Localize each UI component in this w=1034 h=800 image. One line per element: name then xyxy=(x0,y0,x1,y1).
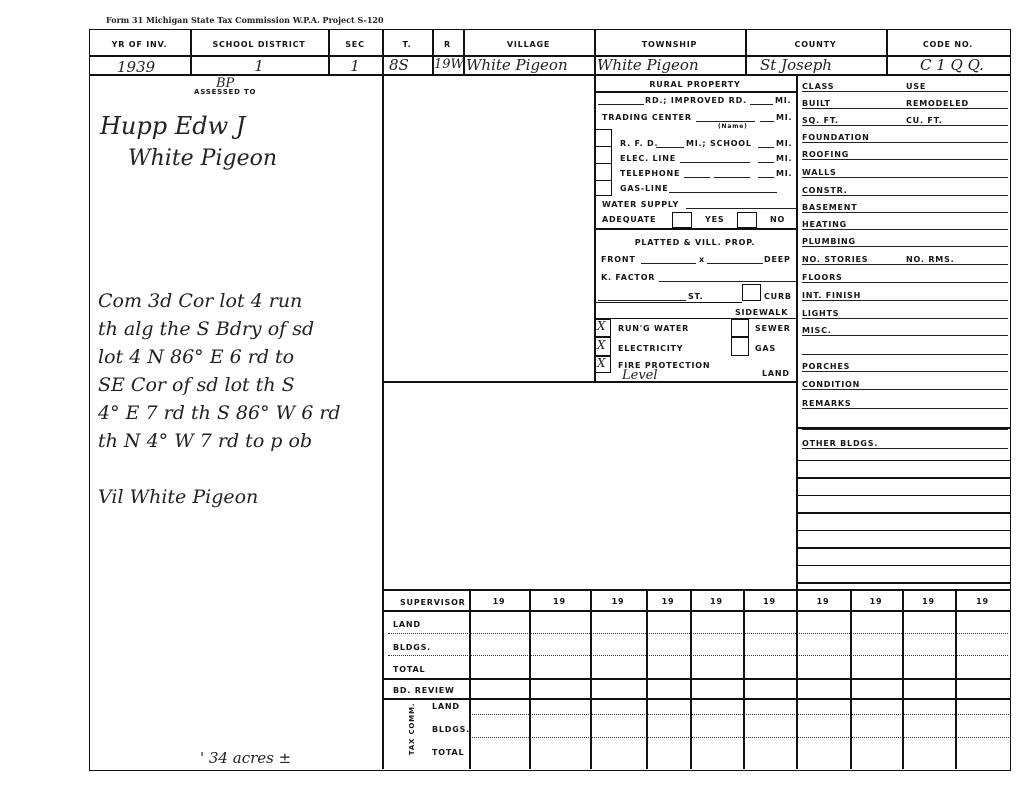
electricity-mark: X xyxy=(597,338,606,352)
year-header: 19 xyxy=(850,597,902,606)
year-value-cell[interactable] xyxy=(955,611,1010,769)
mi-label: MI. xyxy=(776,169,792,178)
building-field-line[interactable] xyxy=(802,125,1008,126)
ruled-line xyxy=(796,530,1010,532)
legal-line: th N 4° W 7 rd to p ob xyxy=(98,430,341,458)
building-field-line[interactable] xyxy=(802,335,1008,336)
legal-line: SE Cor of sd lot th S xyxy=(98,374,341,402)
value-yr-of-inv[interactable]: 1939 xyxy=(117,58,155,76)
adequate-label: ADEQUATE xyxy=(602,215,656,224)
rung-water-mark: X xyxy=(597,319,606,333)
building-field-label: HEATING xyxy=(802,220,849,229)
gas-line-label: GAS-LINE xyxy=(620,184,668,193)
year-value-cell[interactable] xyxy=(743,611,796,769)
year-header: 19 xyxy=(955,597,1010,606)
legal-line: lot 4 N 86° E 6 rd to xyxy=(98,346,341,374)
col-r: R xyxy=(432,40,463,49)
building-field-label: MISC. xyxy=(802,326,834,335)
gas-checkbox[interactable] xyxy=(731,337,749,356)
trading-center-label: TRADING CENTER xyxy=(602,113,692,122)
tc-total-label: TOTAL xyxy=(432,748,464,757)
rd-label: RD.; IMPROVED RD. xyxy=(645,96,747,105)
building-field-line[interactable] xyxy=(802,91,1008,92)
value-village[interactable]: White Pigeon xyxy=(466,56,568,74)
electricity-label: ELECTRICITY xyxy=(618,344,683,353)
building-field-label: REMARKS xyxy=(802,399,854,408)
rural-property-title: RURAL PROPERTY xyxy=(594,80,796,89)
col-yr-of-inv: YR OF INV. xyxy=(89,40,190,49)
building-field-label: PORCHES xyxy=(802,362,852,371)
ruled-line xyxy=(796,582,1010,584)
year-header: 19 xyxy=(796,597,850,606)
year-header: 19 xyxy=(469,597,529,606)
building-field-line[interactable] xyxy=(802,246,1008,247)
ruled-line xyxy=(796,495,1010,497)
legal-line: th alg the S Bdry of sd xyxy=(98,318,341,346)
tc-land-label: LAND xyxy=(432,702,460,711)
acreage-note[interactable]: ' 34 acres ± xyxy=(200,749,291,767)
building-field-line[interactable] xyxy=(802,282,1008,283)
year-value-cell[interactable] xyxy=(690,611,743,769)
year-header: 19 xyxy=(743,597,796,606)
building-field-label: NO. RMS. xyxy=(906,255,956,264)
year-value-cell[interactable] xyxy=(646,611,690,769)
school-label: MI.; SCHOOL xyxy=(686,139,752,148)
building-field-label: PLUMBING xyxy=(802,237,858,246)
building-field-line[interactable] xyxy=(802,142,1008,143)
col-t: T. xyxy=(382,40,432,49)
mi-label: MI. xyxy=(776,154,792,163)
left-panel-divider xyxy=(382,74,384,769)
col-township: TOWNSHIP xyxy=(594,40,745,49)
col-code-no: CODE NO. xyxy=(886,40,1010,49)
curb-checkbox[interactable] xyxy=(742,284,761,301)
year-header: 19 xyxy=(529,597,590,606)
curb-label: CURB xyxy=(764,292,792,301)
building-field-label: LIGHTS xyxy=(802,309,841,318)
building-field-line[interactable] xyxy=(802,354,1008,355)
rural-bottom xyxy=(594,228,796,230)
tc-bldgs-label: BLDGS. xyxy=(432,725,470,734)
value-r[interactable]: 19W xyxy=(434,57,464,72)
platted-title: PLATTED & VILL. PROP. xyxy=(594,238,796,247)
value-code-no[interactable]: C 1 Q Q. xyxy=(920,56,984,74)
building-field-line[interactable] xyxy=(802,177,1008,178)
ruled-line xyxy=(796,512,1010,514)
value-township[interactable]: White Pigeon xyxy=(597,56,699,74)
year-header: 19 xyxy=(590,597,646,606)
col-village: VILLAGE xyxy=(463,40,594,49)
col-school-district: SCHOOL DISTRICT xyxy=(190,40,328,49)
ruled-line xyxy=(796,477,1010,479)
year-value-cell[interactable] xyxy=(796,611,850,769)
building-field-line[interactable] xyxy=(802,448,1008,449)
elec-line-checkbox[interactable] xyxy=(594,146,612,164)
telephone-checkbox[interactable] xyxy=(594,163,612,181)
building-field-line[interactable] xyxy=(802,318,1008,319)
building-field-label: WALLS xyxy=(802,168,839,177)
owner-name[interactable]: Hupp Edw J xyxy=(100,112,245,140)
building-field-line[interactable] xyxy=(802,195,1008,196)
col-county: COUNTY xyxy=(745,40,886,49)
year-header: 19 xyxy=(902,597,955,606)
supervisor-label: SUPERVISOR xyxy=(400,598,466,607)
deep-label: DEEP xyxy=(764,255,791,264)
building-field-label: ROOFING xyxy=(802,150,851,159)
building-field-label: INT. FINISH xyxy=(802,291,863,300)
building-field-label: CONDITION xyxy=(802,380,862,389)
building-field-line[interactable] xyxy=(802,371,1008,372)
year-header: 19 xyxy=(690,597,743,606)
building-field-line[interactable] xyxy=(802,229,1008,230)
building-field-line[interactable] xyxy=(802,264,1008,265)
land-label: LAND xyxy=(762,369,790,378)
fire-protection-mark: X xyxy=(597,356,606,370)
divider xyxy=(594,302,742,303)
building-field-line[interactable] xyxy=(802,212,1008,213)
gas-label: GAS xyxy=(755,344,776,353)
building-field-line[interactable] xyxy=(802,389,1008,390)
gas-line-checkbox[interactable] xyxy=(594,180,612,196)
year-value-cell[interactable] xyxy=(902,611,955,769)
water-supply-label: WATER SUPPLY xyxy=(602,200,679,209)
divider xyxy=(796,427,1010,429)
building-field-line[interactable] xyxy=(802,408,1008,409)
sidewalk-label: SIDEWALK xyxy=(735,308,788,317)
rural-title-line xyxy=(594,91,796,93)
building-field-label: OTHER BLDGS. xyxy=(802,439,880,448)
year-value-cell[interactable] xyxy=(529,611,590,769)
building-field-label: CLASS xyxy=(802,82,836,91)
x-label: x xyxy=(699,255,705,264)
sewer-checkbox[interactable] xyxy=(731,319,749,337)
building-field-label: CONSTR. xyxy=(802,186,850,195)
mi-label: MI. xyxy=(775,96,791,105)
rfd-checkbox[interactable] xyxy=(594,129,612,147)
building-field-line[interactable] xyxy=(802,429,1008,430)
legal-description[interactable]: Com 3d Cor lot 4 run th alg the S Bdry o… xyxy=(98,290,341,514)
building-field-label: REMODELED xyxy=(906,99,971,108)
year-value-cell[interactable] xyxy=(590,611,646,769)
legal-line xyxy=(98,458,341,486)
year-value-cell[interactable] xyxy=(850,611,902,769)
building-field-label: FLOORS xyxy=(802,273,845,282)
building-field-label: NO. STORIES xyxy=(802,255,870,264)
name-hint: (Name) xyxy=(718,123,748,130)
bldgs-row-label: BLDGS. xyxy=(393,643,431,652)
yes-label: YES xyxy=(705,215,724,224)
mi-label: MI. xyxy=(776,113,792,122)
ruled-line xyxy=(796,460,1010,462)
value-t[interactable]: 8S xyxy=(389,56,409,74)
year-header: 19 xyxy=(646,597,690,606)
building-field-label: USE xyxy=(906,82,928,91)
form-title: Form 31 Michigan State Tax Commission W.… xyxy=(106,15,384,25)
value-school-district[interactable]: 1 xyxy=(190,57,328,75)
col-sep xyxy=(745,29,747,75)
value-sec[interactable]: 1 xyxy=(328,57,382,75)
ruled-line xyxy=(796,565,1010,567)
rung-water-label: RUN'G WATER xyxy=(618,324,689,333)
ruled-line xyxy=(796,547,1010,549)
telephone-label: TELEPHONE xyxy=(620,169,680,178)
owner-location[interactable]: White Pigeon xyxy=(128,146,277,171)
valuation-top xyxy=(382,589,1010,591)
mi-label: MI. xyxy=(776,139,792,148)
adequate-yes-checkbox[interactable] xyxy=(672,212,692,228)
col-sep xyxy=(886,29,888,75)
adequate-no-checkbox[interactable] xyxy=(737,212,757,228)
value-county[interactable]: St Joseph xyxy=(760,56,832,74)
st-label: ST. xyxy=(688,292,703,301)
year-value-cell[interactable] xyxy=(469,611,529,769)
building-field-label: BUILT xyxy=(802,99,833,108)
bd-review-label: BD. REVIEW xyxy=(393,686,455,695)
col-sep xyxy=(382,29,384,75)
building-field-label: FOUNDATION xyxy=(802,133,872,142)
building-field-line[interactable] xyxy=(802,159,1008,160)
col-sec: SEC xyxy=(328,40,382,49)
sewer-label: SEWER xyxy=(755,324,791,333)
col-sep xyxy=(594,29,596,75)
front-label: FRONT xyxy=(601,255,636,264)
k-factor-label: K. FACTOR xyxy=(601,273,655,282)
legal-line: Vil White Pigeon xyxy=(98,486,341,514)
building-field-label: BASEMENT xyxy=(802,203,860,212)
building-field-label: SQ. FT. xyxy=(802,116,841,125)
building-field-line[interactable] xyxy=(802,108,1008,109)
tax-comm-label: TAX COMM. xyxy=(408,703,416,755)
land-row-label: LAND xyxy=(393,620,421,629)
legal-line: Com 3d Cor lot 4 run xyxy=(98,290,341,318)
assessed-to-label: ASSESSED TO xyxy=(194,88,256,96)
building-field-line[interactable] xyxy=(802,300,1008,301)
rfd-label: R. F. D. xyxy=(620,139,658,148)
no-label: NO xyxy=(770,215,785,224)
building-field-label: CU. FT. xyxy=(906,116,945,125)
middle-divider xyxy=(382,381,796,383)
legal-line: 4° E 7 rd th S 86° W 6 rd xyxy=(98,402,341,430)
divider xyxy=(594,318,796,319)
elec-line-label: ELEC. LINE xyxy=(620,154,676,163)
total-row-label: TOTAL xyxy=(393,665,425,674)
